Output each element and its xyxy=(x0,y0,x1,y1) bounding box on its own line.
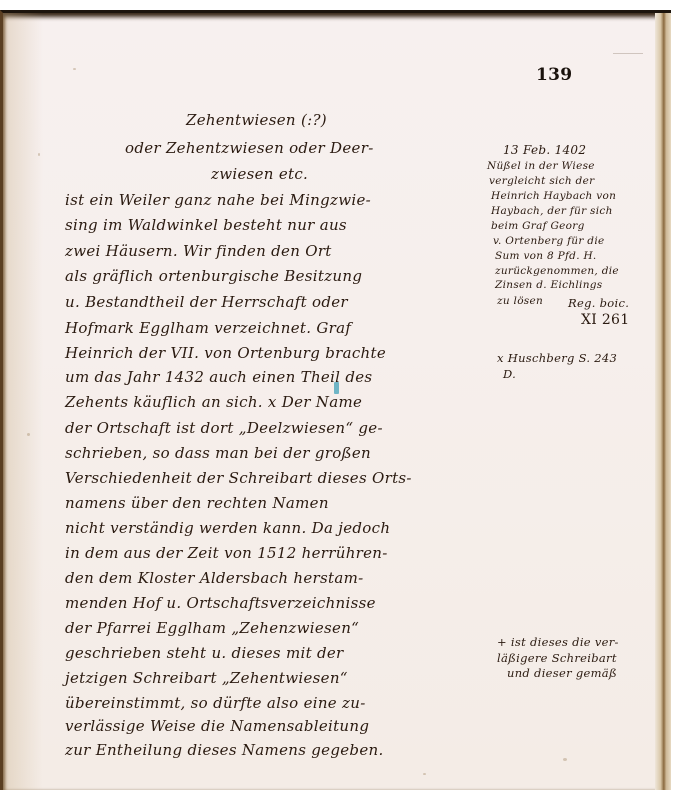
body-line: sing im Waldwinkel besteht nur aus xyxy=(65,216,347,234)
paper-speck xyxy=(423,773,426,775)
body-line: jetzigen Schreibart „Zehentwiesen“ xyxy=(65,669,348,687)
margin-note-line: Sum von 8 Pfd. H. xyxy=(495,250,597,262)
book-spine xyxy=(655,13,671,790)
margin-note-line: Heinrich Haybach von xyxy=(491,190,616,202)
body-line: Hofmark Egglham verzeichnet. Graf xyxy=(65,319,351,337)
page-number: 139 xyxy=(536,65,572,85)
body-line: nicht verständig werden kann. Da jedoch xyxy=(65,519,390,537)
heading-line: Zehentwiesen (:?) xyxy=(186,111,327,129)
page-edge-shading xyxy=(3,13,43,790)
body-line: zur Entheilung dieses Namens gegeben. xyxy=(65,741,384,759)
body-line: um das Jahr 1432 auch einen Theil des xyxy=(65,368,372,386)
body-line: der Pfarrei Egglham „Zehenzwiesen“ xyxy=(65,619,359,637)
paper-speck xyxy=(73,68,76,70)
body-line: als gräflich ortenburgische Besitzung xyxy=(65,267,362,285)
paper-speck xyxy=(27,433,30,436)
body-line: der Ortschaft ist dort „Deelzwiesen“ ge- xyxy=(65,419,383,437)
blue-ink-mark xyxy=(334,382,339,394)
heading-line: oder Zehentzwiesen oder Deer- xyxy=(125,139,374,157)
margin-note-line: 13 Feb. 1402 xyxy=(503,143,586,157)
margin-note-line: läßigere Schreibart xyxy=(497,651,617,665)
body-line: geschrieben steht u. dieses mit der xyxy=(65,644,344,662)
body-line: Zehents käuflich an sich. x Der Name xyxy=(65,393,362,411)
body-line: Heinrich der VII. von Ortenburg brachte xyxy=(65,344,386,362)
body-line: verlässige Weise die Namensableitung xyxy=(65,717,369,735)
body-line: übereinstimmt, so dürfte also eine zu- xyxy=(65,694,366,712)
heading-line: zwiesen etc. xyxy=(211,165,308,183)
margin-note-line: v. Ortenberg für die xyxy=(493,235,605,247)
margin-note-citation: Reg. boic. xyxy=(568,296,629,310)
body-line: ist ein Weiler ganz nahe bei Mingzwie- xyxy=(65,191,371,209)
margin-note-line: + ist dieses die ver- xyxy=(497,635,619,649)
body-line: namens über den rechten Namen xyxy=(65,494,329,512)
paper-scratch xyxy=(613,53,643,54)
paper-speck xyxy=(563,758,567,761)
margin-note-line: zu lösen xyxy=(497,295,543,307)
body-line: den dem Kloster Aldersbach herstam- xyxy=(65,569,363,587)
margin-note-line: Haybach, der für sich xyxy=(491,205,613,217)
body-line: in dem aus der Zeit von 1512 herrühren- xyxy=(65,544,388,562)
manuscript-page: 139 Zehentwiesen (:?) oder Zehentzwiesen… xyxy=(0,10,671,790)
margin-note-citation: XI 261 xyxy=(581,312,629,328)
margin-note-line: vergleicht sich der xyxy=(489,175,594,187)
margin-note-line: und dieser gemäß xyxy=(507,666,617,680)
margin-note-line: zurückgenommen, die xyxy=(495,265,619,277)
body-line: menden Hof u. Ortschaftsverzeichnisse xyxy=(65,594,376,612)
margin-note-line: Zinsen d. Eichlings xyxy=(495,279,602,291)
margin-note-line: Nüßel in der Wiese xyxy=(487,160,595,172)
margin-note-line: beim Graf Georg xyxy=(491,220,585,232)
body-line: u. Bestandtheil der Herrschaft oder xyxy=(65,293,348,311)
body-line: zwei Häusern. Wir finden den Ort xyxy=(65,242,332,260)
body-line: Verschiedenheit der Schreibart dieses Or… xyxy=(65,469,412,487)
body-line: schrieben, so dass man bei der großen xyxy=(65,444,371,462)
margin-note-line: x Huschberg S. 243 xyxy=(497,351,617,365)
paper-speck xyxy=(38,153,40,156)
margin-note-line: D. xyxy=(503,367,516,381)
